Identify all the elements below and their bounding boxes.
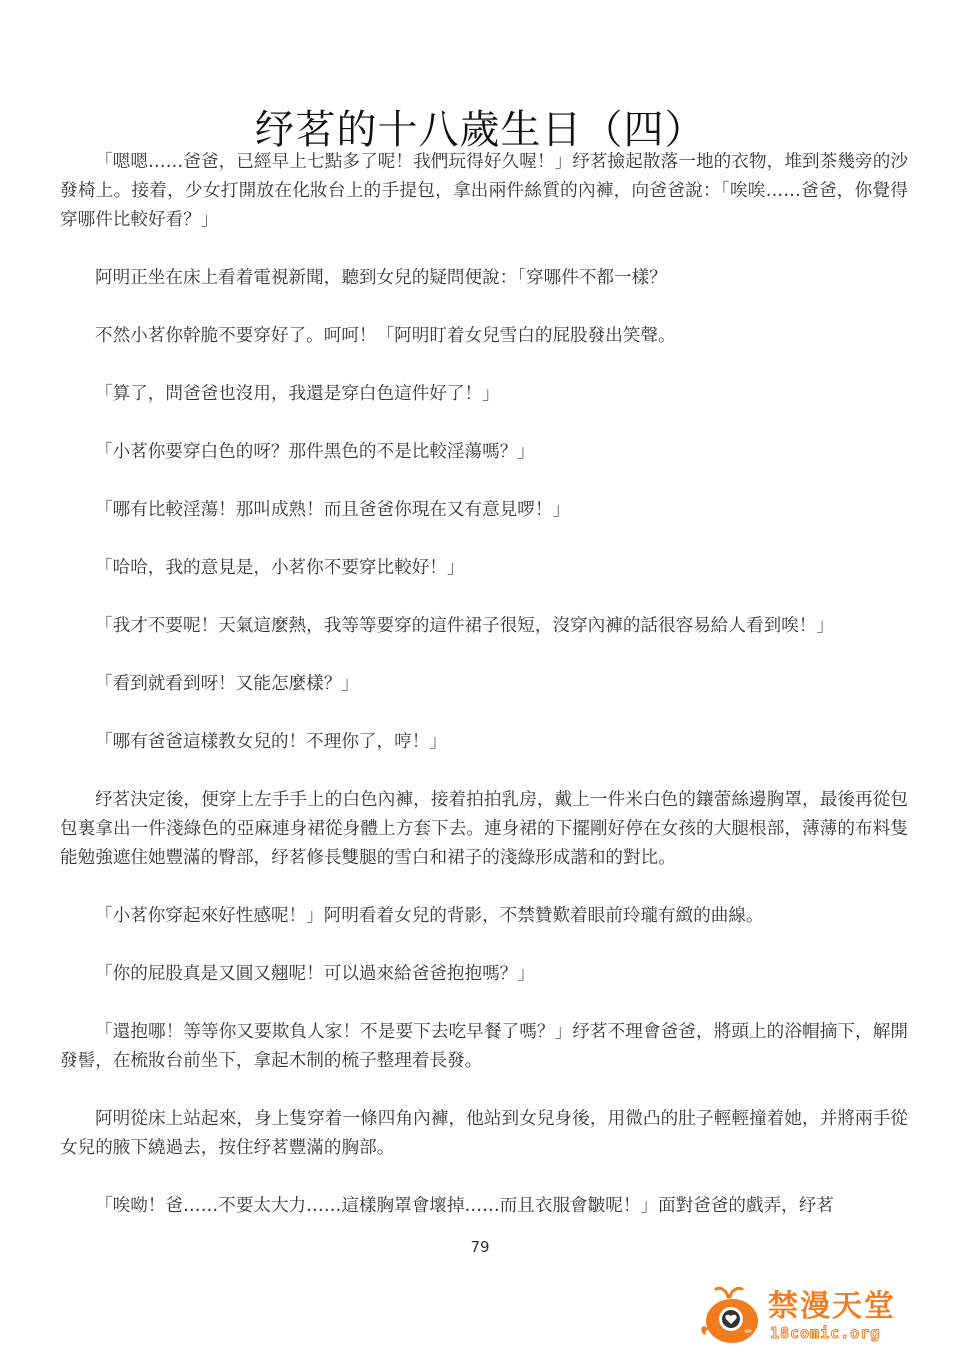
site-watermark: 禁漫天堂 18comic.org <box>698 1280 924 1352</box>
paragraph: 阿明從床上站起來，身上隻穿着一條四角內褲，他站到女兒身後，用微凸的肚子輕輕撞着她… <box>60 1105 908 1163</box>
paragraph: 「哪有比較淫蕩！那叫成熟！而且爸爸你現在又有意見啰！」 <box>60 496 908 525</box>
paragraph: 「還抱哪！等等你又要欺負人家！不是要下去吃早餐了嗎？」纾茗不理會爸爸，將頭上的浴… <box>60 1018 908 1076</box>
paragraph: 「小茗你要穿白色的呀？那件黑色的不是比較淫蕩嗎？」 <box>60 438 908 467</box>
paragraph: 阿明正坐在床上看着電視新聞，聽到女兒的疑問便說：「穿哪件不都一樣？ <box>60 264 908 293</box>
paragraph: 「嗯嗯……爸爸，已經早上七點多了呢！我們玩得好久喔！」纾茗撿起散落一地的衣物，堆… <box>60 148 908 235</box>
paragraph: 「算了，問爸爸也沒用，我還是穿白色這件好了！」 <box>60 380 908 409</box>
paragraph: 不然小茗你幹脆不要穿好了。呵呵！「阿明盯着女兒雪白的屁股發出笑聲。 <box>60 322 908 351</box>
story-body: 「嗯嗯……爸爸，已經早上七點多了呢！我們玩得好久喔！」纾茗撿起散落一地的衣物，堆… <box>60 148 908 1250</box>
watermark-brand: 禁漫天堂 <box>768 1290 896 1324</box>
watermark-url: 18comic.org <box>770 1324 880 1342</box>
paragraph: 纾茗決定後，便穿上左手手上的白色內褲，接着拍拍乳房，戴上一件米白色的鑲蕾絲邊胸罩… <box>60 786 908 873</box>
paragraph: 「看到就看到呀！又能怎麼樣？」 <box>60 670 908 699</box>
paragraph: 「你的屁股真是又圓又翹呢！可以過來給爸爸抱抱嗎？」 <box>60 960 908 989</box>
paragraph: 「哪有爸爸這樣教女兒的！不理你了，哼！」 <box>60 728 908 757</box>
document-page: 纾茗的十八歲生日（四） 「嗯嗯……爸爸，已經早上七點多了呢！我們玩得好久喔！」纾… <box>0 0 960 1357</box>
orange-whale-heart-icon <box>698 1283 764 1349</box>
paragraph: 「小茗你穿起來好性感呢！」阿明看着女兒的背影，不禁贊歎着眼前玲瓏有緻的曲線。 <box>60 902 908 931</box>
paragraph: 「唉呦！爸……不要太大力……這樣胸罩會壞掉……而且衣服會皺呢！」面對爸爸的戲弄，… <box>60 1192 908 1221</box>
paragraph: 「哈哈，我的意見是，小茗你不要穿比較好！」 <box>60 554 908 583</box>
paragraph: 「我才不要呢！天氣這麼熱，我等等要穿的這件裙子很短，沒穿內褲的話很容易給人看到唉… <box>60 612 908 641</box>
page-number: 79 <box>0 1238 960 1256</box>
